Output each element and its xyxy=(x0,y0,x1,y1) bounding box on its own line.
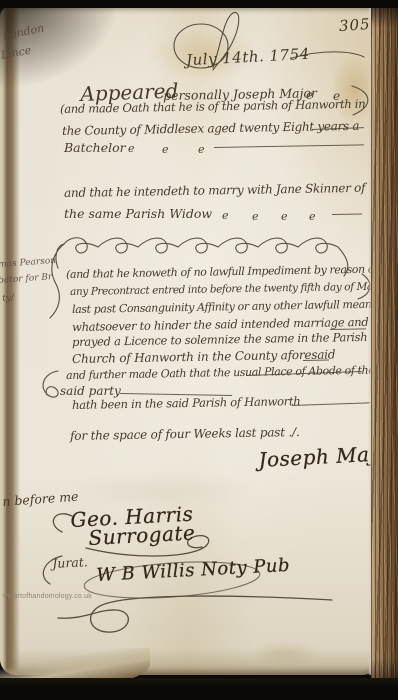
pen-squiggle: e xyxy=(128,143,135,154)
scan-border-top xyxy=(0,0,398,8)
pen-squiggle: e xyxy=(309,211,316,222)
margin-note: ty/ xyxy=(2,294,14,304)
watermark-url: theartofhandomology.co.uk xyxy=(3,593,92,600)
book-gutter-shadow xyxy=(0,7,20,675)
scan-border-bottom xyxy=(0,678,398,700)
manuscript-line: for the space of four Weeks last past ./… xyxy=(70,426,300,442)
pen-squiggle: e xyxy=(222,210,229,221)
book-fore-edge xyxy=(371,0,398,700)
scanned-document: 305 July 14th. 1754 Appearedpersonally J… xyxy=(0,0,398,700)
pen-squiggle: e xyxy=(252,211,259,222)
manuscript-line: Batchelor xyxy=(64,142,126,155)
manuscript-line: said party xyxy=(60,385,121,397)
manuscript-line: Jurat. xyxy=(52,556,88,570)
pen-squiggle: e xyxy=(281,211,288,222)
manuscript-line: the same Parish Widow xyxy=(64,208,212,221)
page-number: 305 xyxy=(338,15,371,35)
pen-squiggle: e xyxy=(162,144,169,155)
signature: Surrogate xyxy=(88,522,196,548)
pen-squiggle: e xyxy=(198,144,205,155)
